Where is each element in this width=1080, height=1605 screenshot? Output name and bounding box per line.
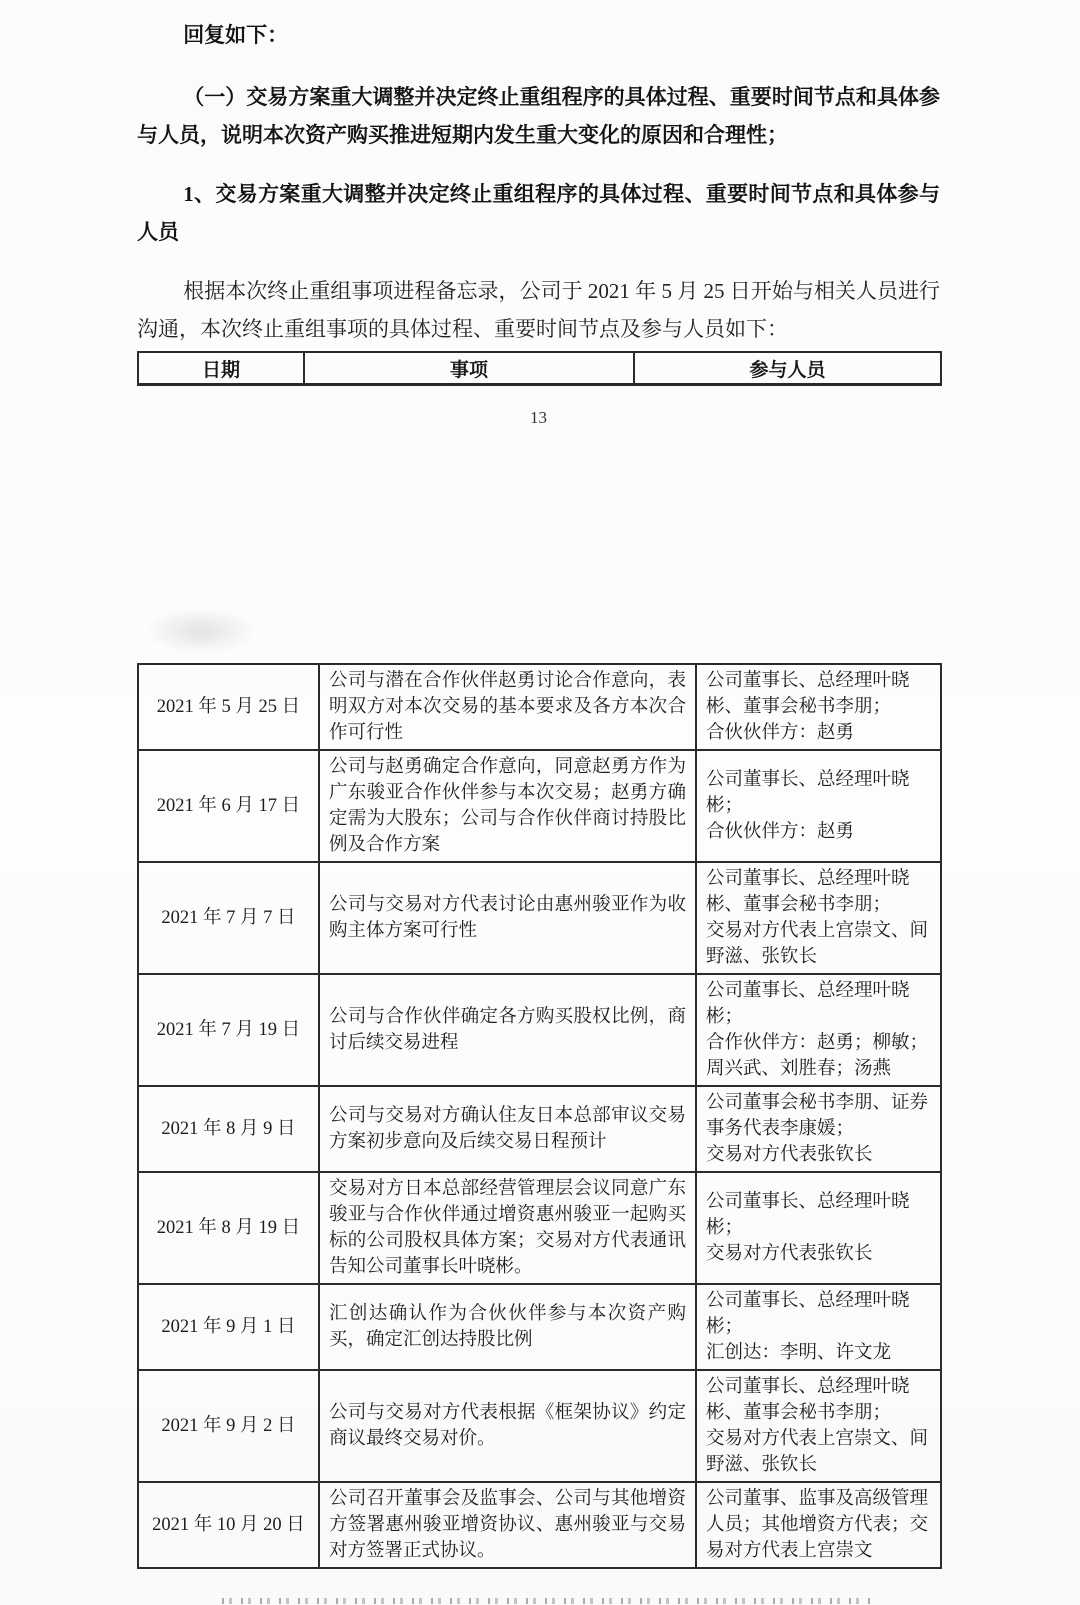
col-header-event: 事项: [304, 352, 634, 385]
table-row: 2021 年 6 月 17 日 公司与赵勇确定合作意向，同意赵勇方作为广东骏亚合…: [138, 750, 941, 862]
event-cell: 公司与合作伙伴确定各方购买股权比例，商讨后续交易进程: [319, 974, 696, 1086]
date-cell: 2021 年 7 月 7 日: [138, 862, 319, 974]
participants-cell: 公司董事、监事及高级管理人员；其他增资方代表；交易对方代表上宫崇文: [696, 1482, 941, 1568]
table-header-row: 日期 事项 参与人员: [138, 352, 941, 385]
date-cell: 2021 年 5 月 25 日: [138, 664, 319, 750]
event-cell: 公司召开董事会及监事会、公司与其他增资方签署惠州骏亚增资协议、惠州骏亚与交易对方…: [319, 1482, 696, 1568]
event-cell: 公司与潜在合作伙伴赵勇讨论合作意向，表明双方对本次交易的基本要求及各方本次合作可…: [319, 664, 696, 750]
reply-label: 回复如下：: [137, 16, 940, 54]
participants-cell: 公司董事长、总经理叶晓彬； 合作伙伴方：赵勇；柳敏；周兴武、刘胜春；汤燕: [696, 974, 941, 1086]
participants-cell: 公司董事长、总经理叶晓彬、董事会秘书李朋； 交易对方代表上宫崇文、间野滋、张钦长: [696, 1370, 941, 1482]
date-cell: 2021 年 8 月 9 日: [138, 1086, 319, 1172]
participants-cell: 公司董事长、总经理叶晓彬； 汇创达：李明、许文龙: [696, 1284, 941, 1370]
page-number: 13: [137, 408, 940, 428]
clipped-text-line: [222, 1598, 870, 1604]
table-row: 2021 年 10 月 20 日 公司召开董事会及监事会、公司与其他增资方签署惠…: [138, 1482, 941, 1568]
table-row: 2021 年 7 月 7 日 公司与交易对方代表讨论由惠州骏亚作为收购主体方案可…: [138, 862, 941, 974]
document-page: 回复如下： （一）交易方案重大调整并决定终止重组程序的具体过程、重要时间节点和具…: [0, 0, 1080, 1605]
table-row: 2021 年 8 月 19 日 交易对方日本总部经营管理层会议同意广东骏亚与合作…: [138, 1172, 941, 1284]
event-cell: 公司与交易对方代表根据《框架协议》约定商议最终交易对价。: [319, 1370, 696, 1482]
participants-cell: 公司董事会秘书李朋、证券事务代表李康媛； 交易对方代表张钦长: [696, 1086, 941, 1172]
participants-cell: 公司董事长、总经理叶晓彬、董事会秘书李朋； 交易对方代表上宫崇文、间野滋、张钦长: [696, 862, 941, 974]
event-cell: 公司与交易对方确认住友日本总部审议交易方案初步意向及后续交易日程预计: [319, 1086, 696, 1172]
date-cell: 2021 年 8 月 19 日: [138, 1172, 319, 1284]
participants-cell: 公司董事长、总经理叶晓彬； 交易对方代表张钦长: [696, 1172, 941, 1284]
date-cell: 2021 年 9 月 1 日: [138, 1284, 319, 1370]
timeline-table: 2021 年 5 月 25 日 公司与潜在合作伙伴赵勇讨论合作意向，表明双方对本…: [137, 663, 942, 1569]
participants-cell: 公司董事长、总经理叶晓彬、董事会秘书李朋； 合伙伙伴方：赵勇: [696, 664, 941, 750]
event-cell: 公司与交易对方代表讨论由惠州骏亚作为收购主体方案可行性: [319, 862, 696, 974]
col-header-date: 日期: [138, 352, 304, 385]
section-heading: 1、交易方案重大调整并决定终止重组程序的具体过程、重要时间节点和具体参与人员: [137, 175, 940, 251]
col-header-participants: 参与人员: [634, 352, 941, 385]
table-row: 2021 年 7 月 19 日 公司与合作伙伴确定各方购买股权比例，商讨后续交易…: [138, 974, 941, 1086]
scan-smudge: [146, 608, 256, 654]
question-paragraph: （一）交易方案重大调整并决定终止重组程序的具体过程、重要时间节点和具体参与人员，…: [137, 78, 940, 154]
event-cell: 交易对方日本总部经营管理层会议同意广东骏亚与合作伙伴通过增资惠州骏亚一起购买标的…: [319, 1172, 696, 1284]
event-cell: 公司与赵勇确定合作意向，同意赵勇方作为广东骏亚合作伙伴参与本次交易；赵勇方确定需…: [319, 750, 696, 862]
date-cell: 2021 年 6 月 17 日: [138, 750, 319, 862]
date-cell: 2021 年 7 月 19 日: [138, 974, 319, 1086]
table-row: 2021 年 8 月 9 日 公司与交易对方确认住友日本总部审议交易方案初步意向…: [138, 1086, 941, 1172]
table-row: 2021 年 5 月 25 日 公司与潜在合作伙伴赵勇讨论合作意向，表明双方对本…: [138, 664, 941, 750]
table-row: 2021 年 9 月 1 日 汇创达确认作为合伙伙伴参与本次资产购买，确定汇创达…: [138, 1284, 941, 1370]
table-row: 2021 年 9 月 2 日 公司与交易对方代表根据《框架协议》约定商议最终交易…: [138, 1370, 941, 1482]
event-cell: 汇创达确认作为合伙伙伴参与本次资产购买，确定汇创达持股比例: [319, 1284, 696, 1370]
participants-cell: 公司董事长、总经理叶晓彬； 合伙伙伴方：赵勇: [696, 750, 941, 862]
intro-paragraph: 根据本次终止重组事项进程备忘录，公司于 2021 年 5 月 25 日开始与相关…: [137, 272, 940, 348]
date-cell: 2021 年 9 月 2 日: [138, 1370, 319, 1482]
date-cell: 2021 年 10 月 20 日: [138, 1482, 319, 1568]
timeline-header-table: 日期 事项 参与人员: [137, 351, 942, 386]
